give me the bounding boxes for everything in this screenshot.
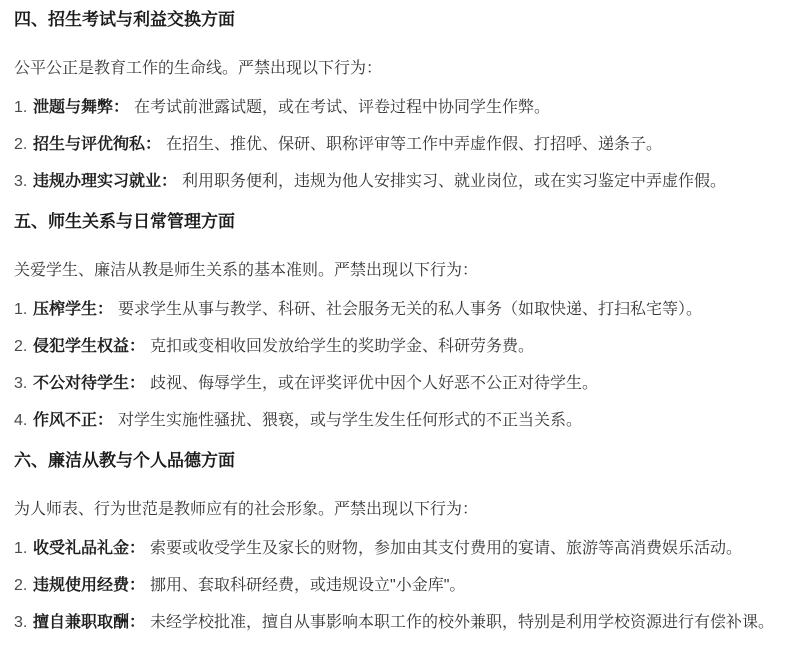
item-body: 作风不正：对学生实施性骚扰、猥亵，或与学生发生任何形式的不正当关系。 — [33, 404, 782, 437]
document: 四、招生考试与利益交换方面 公平公正是教育工作的生命线。严禁出现以下行为： 1.… — [0, 0, 788, 657]
item-number: 3. — [14, 606, 33, 639]
item-term: 泄题与舞弊： — [33, 99, 129, 116]
item-term: 擅自兼职取酬： — [33, 614, 145, 631]
item-description: 克扣或变相收回发放给学生的奖助学金、科研劳务费。 — [150, 338, 534, 355]
item-term: 作风不正： — [33, 412, 113, 429]
list-item: 1. 泄题与舞弊：在考试前泄露试题，或在考试、评卷过程中协同学生作弊。 — [14, 91, 782, 124]
section-heading: 四、招生考试与利益交换方面 — [14, 8, 782, 32]
item-number: 2. — [14, 128, 33, 161]
item-term: 违规使用经费： — [33, 577, 145, 594]
item-body: 收受礼品礼金：索要或收受学生及家长的财物，参加由其支付费用的宴请、旅游等高消费娱… — [33, 532, 782, 565]
item-description: 要求学生从事与教学、科研、社会服务无关的私人事务（如取快递、打扫私宅等）。 — [118, 301, 702, 318]
item-term: 招生与评优徇私： — [33, 136, 161, 153]
item-term: 侵犯学生权益： — [33, 338, 145, 355]
item-body: 招生与评优徇私：在招生、推优、保研、职称评审等工作中弄虚作假、打招呼、递条子。 — [33, 128, 782, 161]
item-number: 1. — [14, 532, 33, 565]
item-description: 未经学校批准，擅自从事影响本职工作的校外兼职，特别是利用学校资源进行有偿补课。 — [150, 614, 774, 631]
item-description: 利用职务便利，违规为他人安排实习、就业岗位，或在实习鉴定中弄虚作假。 — [182, 173, 726, 190]
list-item: 2. 违规使用经费：挪用、套取科研经费，或违规设立"小金库"。 — [14, 569, 782, 602]
item-number: 4. — [14, 404, 33, 437]
item-number: 3. — [14, 367, 33, 400]
list-item: 3. 违规办理实习就业：利用职务便利，违规为他人安排实习、就业岗位，或在实习鉴定… — [14, 165, 782, 198]
section-intro: 关爱学生、廉洁从教是师生关系的基本准则。严禁出现以下行为： — [14, 254, 782, 287]
item-number: 3. — [14, 165, 33, 198]
list-item: 3. 不公对待学生：歧视、侮辱学生，或在评奖评优中因个人好恶不公正对待学生。 — [14, 367, 782, 400]
item-body: 违规使用经费：挪用、套取科研经费，或违规设立"小金库"。 — [33, 569, 782, 602]
item-body: 不公对待学生：歧视、侮辱学生，或在评奖评优中因个人好恶不公正对待学生。 — [33, 367, 782, 400]
section-heading: 五、师生关系与日常管理方面 — [14, 210, 782, 234]
list-item: 1. 收受礼品礼金：索要或收受学生及家长的财物，参加由其支付费用的宴请、旅游等高… — [14, 532, 782, 565]
item-number: 2. — [14, 569, 33, 602]
section-intro: 为人师表、行为世范是教师应有的社会形象。严禁出现以下行为： — [14, 493, 782, 526]
item-number: 2. — [14, 330, 33, 363]
section-integrity-ethics: 六、廉洁从教与个人品德方面 为人师表、行为世范是教师应有的社会形象。严禁出现以下… — [14, 449, 782, 639]
item-description: 对学生实施性骚扰、猥亵，或与学生发生任何形式的不正当关系。 — [118, 412, 582, 429]
section-intro: 公平公正是教育工作的生命线。严禁出现以下行为： — [14, 52, 782, 85]
item-description: 在招生、推优、保研、职称评审等工作中弄虚作假、打招呼、递条子。 — [166, 136, 662, 153]
violation-list: 1. 收受礼品礼金：索要或收受学生及家长的财物，参加由其支付费用的宴请、旅游等高… — [14, 532, 782, 639]
item-term: 收受礼品礼金： — [33, 540, 145, 557]
item-description: 挪用、套取科研经费，或违规设立"小金库"。 — [150, 577, 465, 594]
item-term: 不公对待学生： — [33, 375, 145, 392]
item-body: 擅自兼职取酬：未经学校批准，擅自从事影响本职工作的校外兼职，特别是利用学校资源进… — [33, 606, 782, 639]
section-heading: 六、廉洁从教与个人品德方面 — [14, 449, 782, 473]
list-item: 1. 压榨学生：要求学生从事与教学、科研、社会服务无关的私人事务（如取快递、打扫… — [14, 293, 782, 326]
item-term: 违规办理实习就业： — [33, 173, 177, 190]
item-number: 1. — [14, 293, 33, 326]
item-body: 违规办理实习就业：利用职务便利，违规为他人安排实习、就业岗位，或在实习鉴定中弄虚… — [33, 165, 782, 198]
item-description: 歧视、侮辱学生，或在评奖评优中因个人好恶不公正对待学生。 — [150, 375, 598, 392]
section-teacher-student: 五、师生关系与日常管理方面 关爱学生、廉洁从教是师生关系的基本准则。严禁出现以下… — [14, 210, 782, 437]
item-term: 压榨学生： — [33, 301, 113, 318]
item-number: 1. — [14, 91, 33, 124]
item-body: 侵犯学生权益：克扣或变相收回发放给学生的奖助学金、科研劳务费。 — [33, 330, 782, 363]
section-admissions-exams: 四、招生考试与利益交换方面 公平公正是教育工作的生命线。严禁出现以下行为： 1.… — [14, 8, 782, 198]
item-description: 在考试前泄露试题，或在考试、评卷过程中协同学生作弊。 — [134, 99, 550, 116]
list-item: 2. 侵犯学生权益：克扣或变相收回发放给学生的奖助学金、科研劳务费。 — [14, 330, 782, 363]
list-item: 4. 作风不正：对学生实施性骚扰、猥亵，或与学生发生任何形式的不正当关系。 — [14, 404, 782, 437]
violation-list: 1. 压榨学生：要求学生从事与教学、科研、社会服务无关的私人事务（如取快递、打扫… — [14, 293, 782, 437]
item-description: 索要或收受学生及家长的财物，参加由其支付费用的宴请、旅游等高消费娱乐活动。 — [150, 540, 742, 557]
list-item: 3. 擅自兼职取酬：未经学校批准，擅自从事影响本职工作的校外兼职，特别是利用学校… — [14, 606, 782, 639]
list-item: 2. 招生与评优徇私：在招生、推优、保研、职称评审等工作中弄虚作假、打招呼、递条… — [14, 128, 782, 161]
violation-list: 1. 泄题与舞弊：在考试前泄露试题，或在考试、评卷过程中协同学生作弊。 2. 招… — [14, 91, 782, 198]
item-body: 泄题与舞弊：在考试前泄露试题，或在考试、评卷过程中协同学生作弊。 — [33, 91, 782, 124]
item-body: 压榨学生：要求学生从事与教学、科研、社会服务无关的私人事务（如取快递、打扫私宅等… — [33, 293, 782, 326]
